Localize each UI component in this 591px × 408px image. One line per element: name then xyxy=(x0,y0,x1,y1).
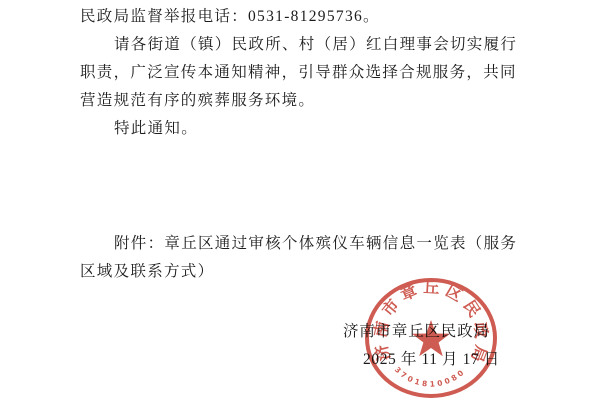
seal-star-icon xyxy=(412,320,450,356)
official-seal: 济南市章丘区民政局 3701810080027 xyxy=(360,276,502,400)
body-line-notice-close: 特此通知。 xyxy=(80,115,520,143)
attachment-line-1: 附件：章丘区通过审核个体殡仪车辆信息一览表（服务 xyxy=(80,230,520,258)
body-line-2: 职责，广泛宣传本通知精神，引导群众选择合规服务，共同 xyxy=(80,59,520,87)
body-line-1: 请各街道（镇）民政所、村（居）红白理事会切实履行 xyxy=(80,31,520,59)
document-page: 民政局监督举报电话：0531-81295736。 请各街道（镇）民政所、村（居）… xyxy=(0,0,591,408)
body-line-phone: 民政局监督举报电话：0531-81295736。 xyxy=(80,3,520,31)
body-line-3: 营造规范有序的殡葬服务环境。 xyxy=(80,87,520,115)
notice-body: 民政局监督举报电话：0531-81295736。 请各街道（镇）民政所、村（居）… xyxy=(80,3,520,143)
